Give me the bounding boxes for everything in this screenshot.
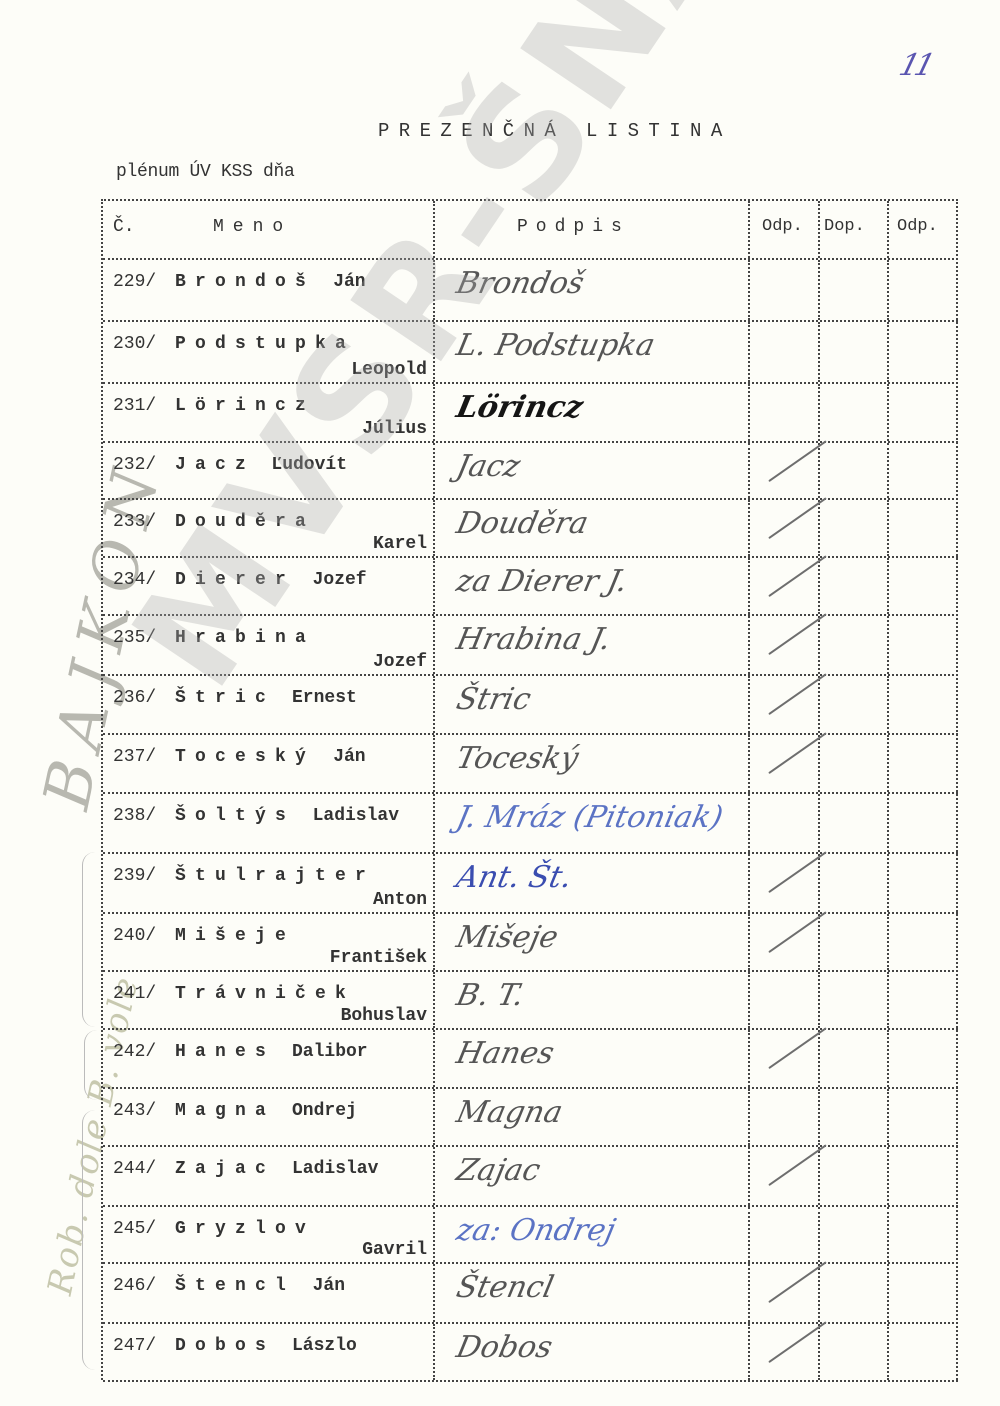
given-name: Anton: [373, 890, 427, 910]
odp2-cell: [889, 260, 958, 320]
margin-bracket: [82, 1110, 95, 1370]
table-row: 242/HanesDaliborHanes: [103, 1030, 958, 1089]
odp2-cell: [889, 558, 958, 614]
odp2-cell: [889, 1147, 958, 1205]
entry-number: 232/: [113, 455, 156, 475]
handwritten-signature: Hrabina J.: [453, 622, 743, 657]
handwritten-signature: Jacz: [453, 449, 743, 484]
odp2-cell: [889, 794, 958, 852]
handwritten-signature: L. Podstupka: [453, 328, 743, 363]
table-row: 236/ŠtricErnestŠtric: [103, 676, 958, 735]
odp-cell: [750, 1089, 820, 1145]
table-row: 230/PodstupkaLeopoldL. Podstupka: [103, 322, 958, 384]
odp2-cell: [889, 1030, 958, 1087]
odp2-cell: [889, 616, 958, 674]
given-name: Lászlo: [292, 1336, 357, 1356]
header-name-cell: Č. Meno: [103, 201, 435, 258]
surname: Brondoš: [175, 272, 315, 292]
dop-cell: [820, 616, 889, 674]
given-name: Ladislav: [313, 806, 399, 826]
signature-cell: Hanes: [435, 1030, 750, 1087]
surname: Trávniček: [175, 984, 355, 1004]
pencil-check-mark-icon: [768, 1144, 826, 1186]
dop-cell: [820, 1147, 889, 1205]
signature-cell: Zajac: [435, 1147, 750, 1205]
dop-cell: [820, 384, 889, 441]
signature-cell: Hrabina J.: [435, 616, 750, 674]
signature-cell: Magna: [435, 1089, 750, 1145]
name-cell: 233/DouděraKarel: [103, 500, 435, 556]
margin-bracket: [84, 1030, 97, 1100]
name-cell: 243/MagnaOndrej: [103, 1089, 435, 1145]
handwritten-signature: B. T.: [453, 978, 743, 1013]
header-dop: Dop.: [824, 217, 865, 236]
dop-cell: [820, 794, 889, 852]
attendance-table: Č. Meno Podpis Odp. Dop. Odp. 229/Brondo…: [101, 199, 958, 1380]
odp2-cell: [889, 1207, 958, 1262]
surname: Zajac: [175, 1159, 275, 1179]
surname: Dobos: [175, 1336, 275, 1356]
surname: Podstupka: [175, 334, 355, 354]
header-signature: Podpis: [517, 217, 630, 237]
signature-cell: Lörincz: [435, 384, 750, 441]
handwritten-signature: Mišeje: [453, 920, 743, 955]
entry-number: 246/: [113, 1276, 156, 1296]
name-cell: 236/ŠtricErnest: [103, 676, 435, 733]
name-cell: 235/HrabinaJozef: [103, 616, 435, 674]
name-cell: 240/MišejeFrantišek: [103, 914, 435, 970]
odp2-cell: [889, 854, 958, 912]
odp-cell: [750, 676, 820, 733]
table-row: 231/LörinczJúliusLörincz: [103, 384, 958, 443]
odp2-cell: [889, 914, 958, 970]
entry-number: 241/: [113, 984, 156, 1004]
entry-number: 231/: [113, 396, 156, 416]
handwritten-signature: Hanes: [453, 1036, 743, 1071]
dop-cell: [820, 443, 889, 498]
handwritten-signature: Magna: [453, 1095, 743, 1130]
surname: Štric: [175, 688, 275, 708]
surname: Douděra: [175, 512, 315, 532]
given-name: Dalibor: [292, 1042, 368, 1062]
table-row: 247/DobosLászloDobos: [103, 1324, 958, 1382]
odp-cell: [750, 1030, 820, 1087]
odp-cell: [750, 443, 820, 498]
surname: Jacz: [175, 455, 255, 475]
given-name: Karel: [373, 534, 427, 554]
header-number: Č.: [113, 217, 135, 237]
table-row: 237/ToceskýJánToceský: [103, 735, 958, 794]
name-cell: 242/HanesDalibor: [103, 1030, 435, 1087]
odp2-cell: [889, 1324, 958, 1380]
odp-cell: [750, 854, 820, 912]
dop-cell: [820, 1207, 889, 1262]
dop-cell: [820, 558, 889, 614]
signature-cell: za Dierer J.: [435, 558, 750, 614]
pencil-check-mark-icon: [768, 911, 826, 953]
table-row: 234/DiererJozefza Dierer J.: [103, 558, 958, 616]
given-name: Gavril: [362, 1240, 427, 1260]
signature-cell: Toceský: [435, 735, 750, 792]
handwritten-signature: Štric: [453, 682, 743, 717]
signature-cell: Ant. Št.: [435, 854, 750, 912]
header-odp2: Odp.: [897, 217, 938, 236]
pencil-check-mark-icon: [768, 1321, 826, 1363]
table-row: 240/MišejeFrantišekMišeje: [103, 914, 958, 972]
signature-cell: Štencl: [435, 1264, 750, 1322]
name-cell: 239/ŠtulrajterAnton: [103, 854, 435, 912]
given-name: František: [330, 948, 427, 968]
entry-number: 247/: [113, 1336, 156, 1356]
surname: Lörincz: [175, 396, 315, 416]
surname: Magna: [175, 1101, 275, 1121]
header-dop-cell: Dop.: [820, 201, 889, 258]
pencil-check-mark-icon: [768, 1027, 826, 1069]
name-cell: 237/ToceskýJán: [103, 735, 435, 792]
table-row: 243/MagnaOndrejMagna: [103, 1089, 958, 1147]
pencil-check-mark-icon: [768, 1261, 826, 1303]
document-title: PREZENČNÁ LISTINA: [378, 120, 732, 142]
name-cell: 244/ZajacLadislav: [103, 1147, 435, 1205]
dop-cell: [820, 1324, 889, 1380]
header-signature-cell: Podpis: [435, 201, 750, 258]
given-name: Bohuslav: [341, 1006, 427, 1026]
header-odp1: Odp.: [762, 217, 803, 236]
given-name: Ernest: [292, 688, 357, 708]
table-row: 239/ŠtulrajterAntonAnt. Št.: [103, 854, 958, 914]
odp2-cell: [889, 322, 958, 382]
name-cell: 231/LörinczJúlius: [103, 384, 435, 441]
odp2-cell: [889, 1089, 958, 1145]
odp-cell: [750, 260, 820, 320]
table-row: 246/ŠtenclJánŠtencl: [103, 1264, 958, 1324]
odp2-cell: [889, 500, 958, 556]
handwritten-signature: Brondoš: [453, 266, 743, 301]
header-odp1-cell: Odp.: [750, 201, 820, 258]
odp-cell: [750, 1147, 820, 1205]
name-cell: 238/ŠoltýsLadislav: [103, 794, 435, 852]
surname: Hanes: [175, 1042, 275, 1062]
handwritten-signature: Douděra: [453, 506, 743, 541]
name-cell: 232/JaczĽudovít: [103, 443, 435, 498]
pencil-check-mark-icon: [768, 851, 826, 893]
dop-cell: [820, 260, 889, 320]
given-name: Jozef: [373, 652, 427, 672]
handwritten-signature: J. Mráz (Pitoniak): [453, 800, 743, 835]
signature-cell: Brondoš: [435, 260, 750, 320]
given-name: Ján: [333, 272, 365, 292]
dop-cell: [820, 1264, 889, 1322]
handwritten-signature: Ant. Št.: [453, 860, 743, 895]
odp-cell: [750, 500, 820, 556]
odp-cell: [750, 914, 820, 970]
surname: Štencl: [175, 1276, 295, 1296]
odp2-cell: [889, 972, 958, 1028]
given-name: Július: [362, 419, 427, 439]
pencil-check-mark-icon: [768, 613, 826, 655]
odp-cell: [750, 1264, 820, 1322]
handwritten-signature: Toceský: [453, 741, 743, 776]
given-name: Leopold: [351, 360, 427, 380]
pencil-check-mark-icon: [768, 497, 826, 539]
entry-number: 239/: [113, 866, 156, 886]
table-row: 229/BrondošJánBrondoš: [103, 260, 958, 322]
given-name: Ľudovít: [271, 455, 347, 475]
signature-cell: Štric: [435, 676, 750, 733]
name-cell: 230/PodstupkaLeopold: [103, 322, 435, 382]
surname: Mišeje: [175, 926, 295, 946]
name-cell: 229/BrondošJán: [103, 260, 435, 320]
odp2-cell: [889, 443, 958, 498]
header-name: Meno: [213, 217, 292, 237]
handwritten-signature: Lörincz: [453, 390, 743, 425]
pencil-check-mark-icon: [768, 732, 826, 774]
name-cell: 245/GryzlovGavril: [103, 1207, 435, 1262]
entry-number: 230/: [113, 334, 156, 354]
name-cell: 241/TrávničekBohuslav: [103, 972, 435, 1028]
dop-cell: [820, 854, 889, 912]
handwritten-signature: Dobos: [453, 1330, 743, 1365]
table-row: 233/DouděraKarelDouděra: [103, 500, 958, 558]
signature-cell: Dobos: [435, 1324, 750, 1380]
table-row: 235/HrabinaJozefHrabina J.: [103, 616, 958, 676]
signature-cell: J. Mráz (Pitoniak): [435, 794, 750, 852]
entry-number: 233/: [113, 512, 156, 532]
odp-cell: [750, 616, 820, 674]
pencil-check-mark-icon: [768, 673, 826, 715]
name-cell: 246/ŠtenclJán: [103, 1264, 435, 1322]
odp-cell: [750, 1324, 820, 1380]
signature-cell: Mišeje: [435, 914, 750, 970]
dop-cell: [820, 972, 889, 1028]
odp2-cell: [889, 735, 958, 792]
entry-number: 240/: [113, 926, 156, 946]
entry-number: 243/: [113, 1101, 156, 1121]
pencil-check-mark-icon: [768, 555, 826, 597]
odp-cell: [750, 1207, 820, 1262]
odp-cell: [750, 322, 820, 382]
signature-cell: Douděra: [435, 500, 750, 556]
odp-cell: [750, 735, 820, 792]
entry-number: 229/: [113, 272, 156, 292]
dop-cell: [820, 1030, 889, 1087]
dop-cell: [820, 914, 889, 970]
dop-cell: [820, 676, 889, 733]
dop-cell: [820, 735, 889, 792]
entry-number: 245/: [113, 1219, 156, 1239]
odp2-cell: [889, 384, 958, 441]
odp-cell: [750, 384, 820, 441]
odp2-cell: [889, 1264, 958, 1322]
signature-cell: Jacz: [435, 443, 750, 498]
table-row: 244/ZajacLadislavZajac: [103, 1147, 958, 1207]
dop-cell: [820, 500, 889, 556]
surname: Toceský: [175, 747, 315, 767]
handwritten-signature: za Dierer J.: [453, 564, 743, 599]
given-name: Ondrej: [292, 1101, 357, 1121]
odp2-cell: [889, 676, 958, 733]
entry-number: 242/: [113, 1042, 156, 1062]
entry-number: 238/: [113, 806, 156, 826]
entry-number: 244/: [113, 1159, 156, 1179]
odp-cell: [750, 972, 820, 1028]
given-name: Ján: [333, 747, 365, 767]
page-number-mark: 11: [895, 48, 935, 83]
pencil-check-mark-icon: [768, 440, 826, 482]
entry-number: 235/: [113, 628, 156, 648]
name-cell: 234/DiererJozef: [103, 558, 435, 614]
table-row: 238/ŠoltýsLadislavJ. Mráz (Pitoniak): [103, 794, 958, 854]
table-row: 232/JaczĽudovítJacz: [103, 443, 958, 500]
surname: Šoltýs: [175, 806, 295, 826]
odp-cell: [750, 794, 820, 852]
name-cell: 247/DobosLászlo: [103, 1324, 435, 1380]
entry-number: 236/: [113, 688, 156, 708]
table-row: 241/TrávničekBohuslavB. T.: [103, 972, 958, 1030]
surname: Hrabina: [175, 628, 315, 648]
handwritten-signature: za: Ondrej: [453, 1213, 743, 1248]
given-name: Jozef: [313, 570, 367, 590]
signature-cell: za: Ondrej: [435, 1207, 750, 1262]
signature-cell: L. Podstupka: [435, 322, 750, 382]
entry-number: 237/: [113, 747, 156, 767]
handwritten-signature: Zajac: [453, 1153, 743, 1188]
table-header-row: Č. Meno Podpis Odp. Dop. Odp.: [103, 201, 958, 260]
dop-cell: [820, 1089, 889, 1145]
surname: Gryzlov: [175, 1219, 315, 1239]
odp-cell: [750, 558, 820, 614]
surname: Dierer: [175, 570, 295, 590]
entry-number: 234/: [113, 570, 156, 590]
handwritten-signature: Štencl: [453, 1270, 743, 1305]
margin-bracket: [82, 852, 95, 1027]
signature-cell: B. T.: [435, 972, 750, 1028]
table-row: 245/GryzlovGavrilza: Ondrej: [103, 1207, 958, 1264]
given-name: Ján: [313, 1276, 345, 1296]
given-name: Ladislav: [292, 1159, 378, 1179]
dop-cell: [820, 322, 889, 382]
surname: Štulrajter: [175, 866, 375, 886]
document-subtitle: plénum ÚV KSS dňa: [116, 162, 295, 182]
header-odp2-cell: Odp.: [889, 201, 958, 258]
